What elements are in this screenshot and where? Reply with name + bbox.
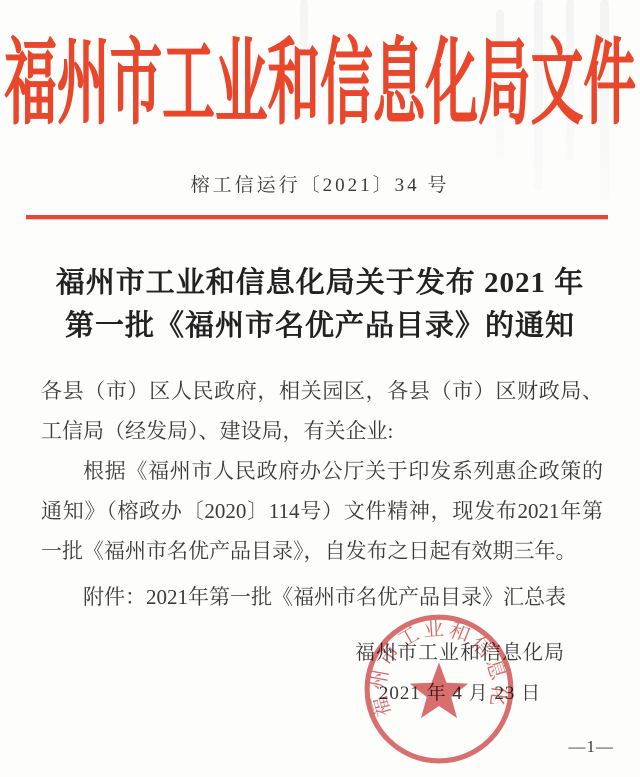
document-page: 福州市工业和信息化局文件 榕工信运行〔2021〕34 号 福州市工业和信息化局关… [0, 0, 640, 777]
red-separator-line [26, 215, 608, 219]
notice-body: 各县（市）区人民政府，相关园区，各县（市）区财政局、工信局（经发局）、建设局，有… [41, 371, 603, 617]
main-paragraph: 根据《福州市人民政府办公厅关于印发系列惠企政策的通知》（榕政办〔2020〕114… [41, 451, 603, 571]
notice-title: 福州市工业和信息化局关于发布 2021 年 第一批《福州市名优产品目录》的通知 [0, 262, 640, 348]
notice-title-line1: 福州市工业和信息化局关于发布 2021 年 [0, 262, 640, 305]
signing-date: 2021 年 4 月 23 日 [352, 678, 568, 705]
document-number: 榕工信运行〔2021〕34 号 [0, 170, 640, 197]
agency-header-title: 福州市工业和信息化局文件 [4, 32, 636, 136]
notice-title-line2: 第一批《福州市名优产品目录》的通知 [0, 305, 640, 348]
attachment-line: 附件：2021年第一批《福州市名优产品目录》汇总表 [41, 577, 603, 617]
page-number: —1— [569, 737, 615, 757]
addressee-paragraph: 各县（市）区人民政府，相关园区，各县（市）区财政局、工信局（经发局）、建设局，有… [41, 371, 603, 451]
letterhead: 福州市工业和信息化局文件 [0, 32, 640, 140]
signing-agency: 福州市工业和信息化局 [352, 636, 568, 665]
signature-block: 福州市工业和信息化局 2021 年 4 月 23 日 [352, 636, 568, 705]
